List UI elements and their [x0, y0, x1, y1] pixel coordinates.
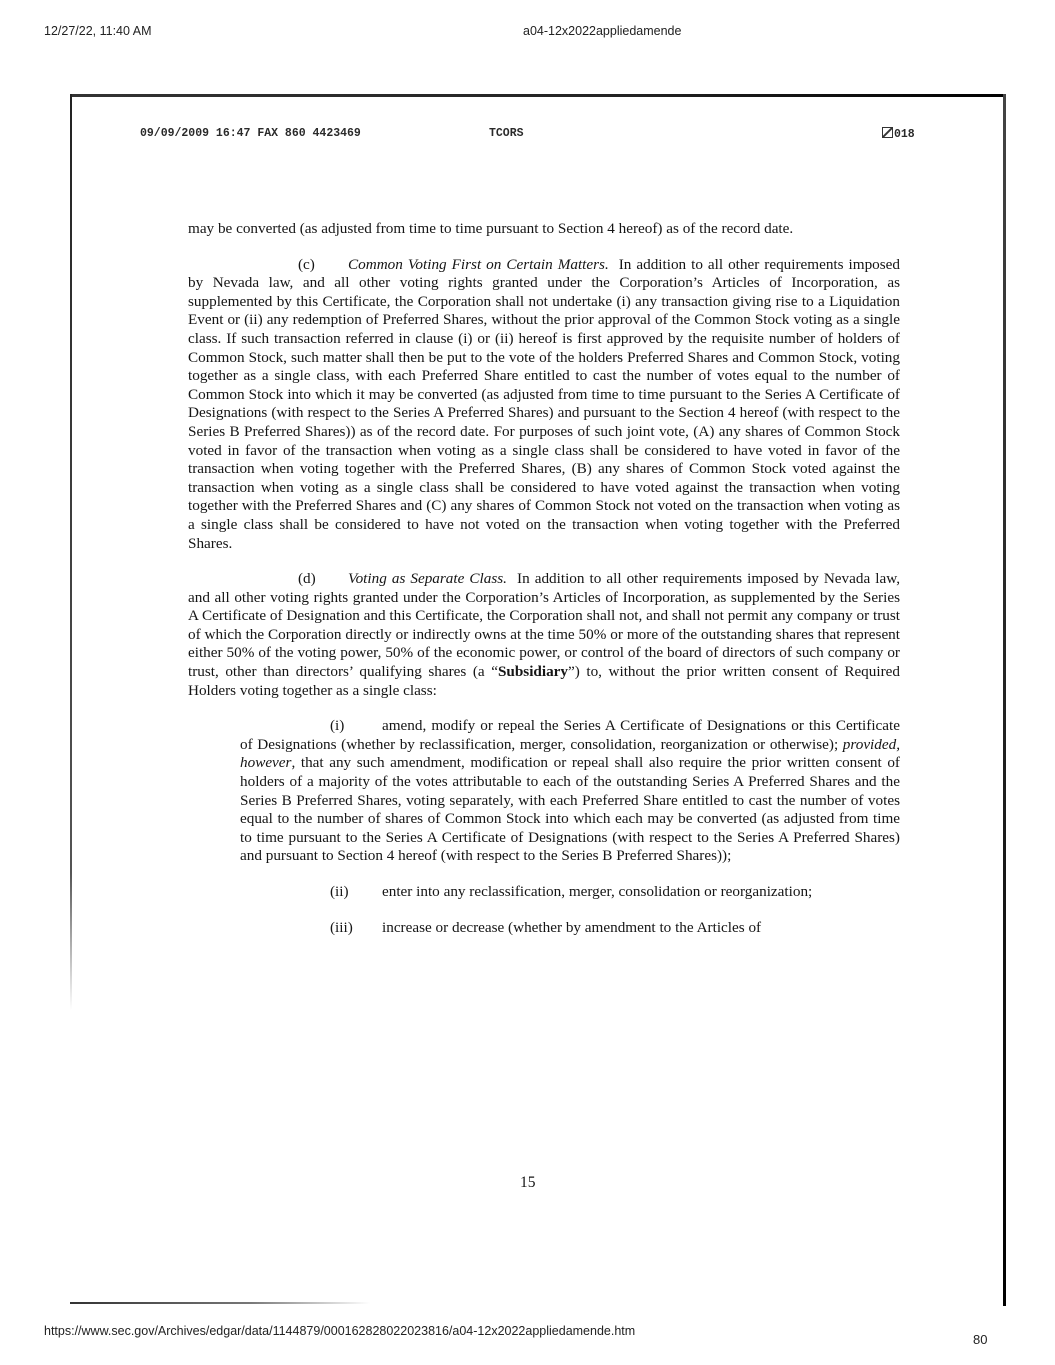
- section-d-paragraph: (d)Voting as Separate Class. In addition…: [188, 570, 900, 700]
- list-item: (iii)increase or decrease (whether by am…: [240, 919, 900, 938]
- defined-term-subsidiary: Subsidiary: [498, 663, 568, 680]
- scan-border-right: [1003, 94, 1006, 1306]
- list-item: (i)amend, modify or repeal the Series A …: [240, 717, 900, 866]
- item-text: increase or decrease (whether by amendme…: [382, 919, 761, 936]
- fax-page-count: 018: [894, 128, 915, 141]
- section-d-heading: Voting as Separate Class.: [348, 570, 507, 587]
- scan-border-left: [70, 94, 72, 1010]
- item-text: enter into any reclassification, merger,…: [382, 883, 812, 900]
- scan-border-bottom: [70, 1302, 370, 1304]
- scan-border-top: [70, 94, 1006, 97]
- section-d-items: (i)amend, modify or repeal the Series A …: [240, 717, 900, 937]
- document-page-number: 15: [520, 1174, 536, 1192]
- fax-timestamp-number: 09/09/2009 16:47 FAX 860 4423469: [140, 127, 361, 140]
- item-text-after: , that any such amendment, modification …: [240, 754, 900, 864]
- section-c-text: In addition to all other requirements im…: [188, 256, 900, 552]
- list-item: (ii)enter into any reclassification, mer…: [240, 883, 900, 902]
- print-page-number: 80: [973, 1332, 987, 1347]
- print-document-title: a04-12x2022appliedamende: [523, 24, 681, 38]
- document-body: may be converted (as adjusted from time …: [188, 220, 900, 954]
- item-number: (ii): [330, 883, 382, 902]
- print-source-url: https://www.sec.gov/Archives/edgar/data/…: [44, 1324, 635, 1338]
- section-c-paragraph: (c)Common Voting First on Certain Matter…: [188, 256, 900, 554]
- carryover-paragraph: may be converted (as adjusted from time …: [188, 220, 900, 239]
- section-c-heading: Common Voting First on Certain Matters.: [348, 256, 609, 273]
- item-number: (i): [330, 717, 382, 736]
- scanned-page: 09/09/2009 16:47 FAX 860 4423469 TCORS 0…: [70, 94, 1006, 1306]
- section-c-number: (c): [298, 256, 348, 275]
- fax-page-icon: [882, 127, 893, 138]
- section-d-number: (d): [298, 570, 348, 589]
- browser-print-header: 12/27/22, 11:40 AM a04-12x2022appliedame…: [0, 24, 1055, 44]
- fax-page-counter: 018: [882, 127, 915, 141]
- fax-sender: TCORS: [489, 127, 524, 140]
- item-number: (iii): [330, 919, 382, 938]
- print-timestamp: 12/27/22, 11:40 AM: [44, 24, 152, 38]
